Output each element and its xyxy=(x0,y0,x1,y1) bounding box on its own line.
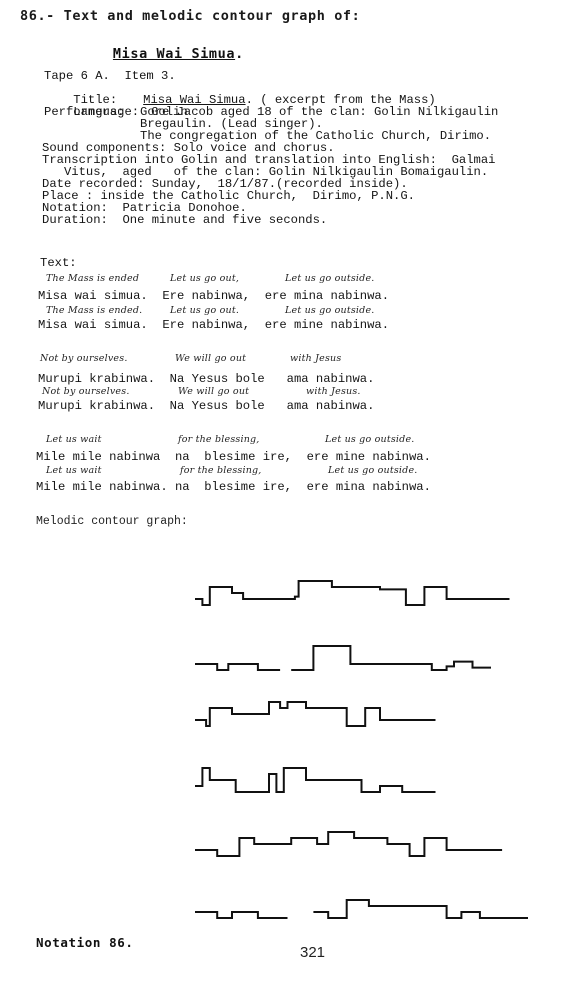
contour-graph-line-4 xyxy=(195,762,565,802)
golin-line: Misa wai simua. Ere nabinwa, ere mine na… xyxy=(38,318,389,332)
english-translation: We will go out xyxy=(175,353,246,364)
contour-graph-line-6 xyxy=(195,888,565,928)
tape-item: Tape 6 A. Item 3. xyxy=(44,71,176,83)
english-translation: Not by ourselves. xyxy=(42,386,130,397)
english-translation: for the blessing, xyxy=(180,465,262,476)
english-translation: Let us go outside. xyxy=(285,305,375,316)
english-translation: The Mass is ended xyxy=(46,273,139,284)
page-number: 321 xyxy=(300,944,325,961)
english-translation: We will go out xyxy=(178,386,249,397)
english-translation: with Jesus. xyxy=(306,386,361,397)
song-title-suffix: . xyxy=(235,46,244,62)
english-translation: Let us go out. xyxy=(170,305,239,316)
english-translation: Let us go out, xyxy=(170,273,239,284)
duration: Duration: One minute and five seconds. xyxy=(42,215,327,227)
contour-graph-line-5 xyxy=(195,826,565,866)
contour-section-label: Melodic contour graph: xyxy=(36,515,188,528)
notation-number: Notation 86. xyxy=(36,935,134,950)
english-translation: The Mass is ended. xyxy=(46,305,142,316)
contour-graph-line-3 xyxy=(195,696,565,736)
english-translation: Let us wait xyxy=(46,465,102,476)
page-heading: 86.- Text and melodic contour graph of: xyxy=(20,8,360,24)
english-translation: with Jesus xyxy=(290,353,341,364)
english-translation: Let us go outside. xyxy=(328,465,418,476)
golin-line: Mile mile nabinwa na blesime ire, ere mi… xyxy=(36,450,431,464)
text-section-label: Text: xyxy=(40,256,77,270)
english-translation: for the blessing, xyxy=(178,434,260,445)
golin-line: Murupi krabinwa. Na Yesus bole ama nabin… xyxy=(38,372,374,386)
english-translation: Let us go outside. xyxy=(325,434,415,445)
contour-graph-line-1 xyxy=(195,575,565,615)
english-translation: Let us go outside. xyxy=(285,273,375,284)
golin-line: Misa wai simua. Ere nabinwa, ere mina na… xyxy=(38,289,389,303)
english-translation: Let us wait xyxy=(46,434,102,445)
contour-graph-line-2 xyxy=(195,640,565,680)
golin-line: Murupi krabinwa. Na Yesus bole ama nabin… xyxy=(38,399,374,413)
golin-line: Mile mile nabinwa. na blesime ire, ere m… xyxy=(36,480,431,494)
english-translation: Not by ourselves. xyxy=(40,353,128,364)
song-title: Misa Wai Simua xyxy=(113,46,235,62)
performers-label: Performers: xyxy=(44,107,124,119)
